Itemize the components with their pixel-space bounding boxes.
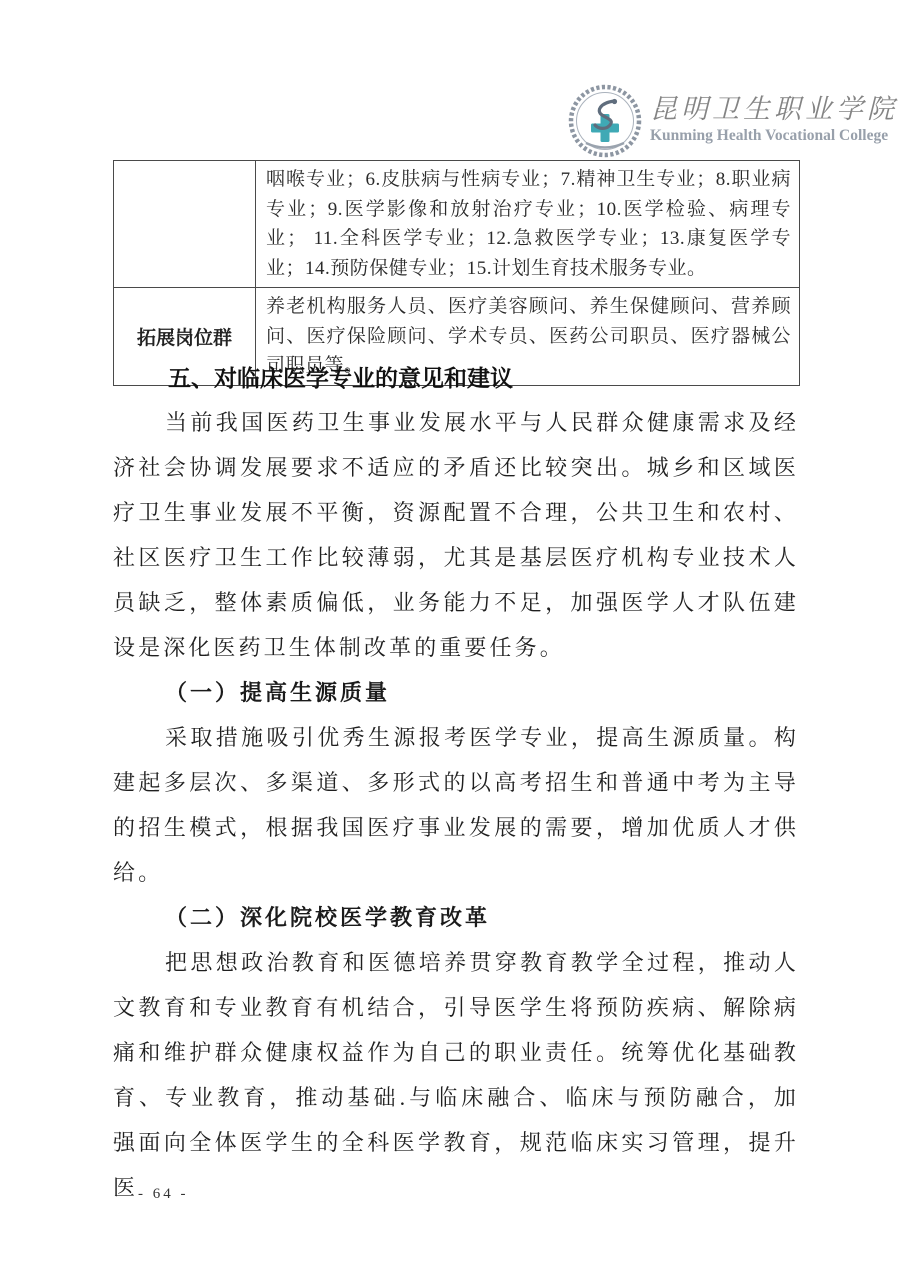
table-row: 咽喉专业；6.皮肤病与性病专业；7.精神卫生专业；8.职业病专业；9.医学影像和… <box>114 161 800 288</box>
subsection2-paragraph: 把思想政治教育和医德培养贯穿教育教学全过程，推动人文教育和专业教育有机结合，引导… <box>113 940 799 1210</box>
page-number: - 64 - <box>138 1186 189 1203</box>
section-title: 五、对临床医学专业的意见和建议 <box>113 356 799 400</box>
table-row-label-empty <box>114 161 256 288</box>
document-page: 昆明卫生职业学院 Kunming Health Vocational Colle… <box>0 0 905 1280</box>
subsection1-paragraph: 采取措施吸引优秀生源报考医学专业，提高生源质量。构建起多层次、多渠道、多形式的以… <box>113 715 799 895</box>
subsection2-title: （二）深化院校医学教育改革 <box>113 895 799 940</box>
intro-paragraph: 当前我国医药卫生事业发展水平与人民群众健康需求及经济社会协调发展要求不适应的矛盾… <box>113 400 799 670</box>
page-header: 昆明卫生职业学院 Kunming Health Vocational Colle… <box>568 84 898 158</box>
college-seal-icon <box>568 84 642 158</box>
position-groups-table: 咽喉专业；6.皮肤病与性病专业；7.精神卫生专业；8.职业病专业；9.医学影像和… <box>113 160 800 386</box>
table-row-content-specialties: 咽喉专业；6.皮肤病与性病专业；7.精神卫生专业；8.职业病专业；9.医学影像和… <box>256 161 800 288</box>
document-body: 五、对临床医学专业的意见和建议 当前我国医药卫生事业发展水平与人民群众健康需求及… <box>113 356 799 1210</box>
college-name-block: 昆明卫生职业学院 Kunming Health Vocational Colle… <box>650 84 898 146</box>
college-name-english: Kunming Health Vocational College <box>650 126 898 146</box>
college-name-chinese: 昆明卫生职业学院 <box>650 96 898 124</box>
subsection1-title: （一）提高生源质量 <box>113 670 799 715</box>
